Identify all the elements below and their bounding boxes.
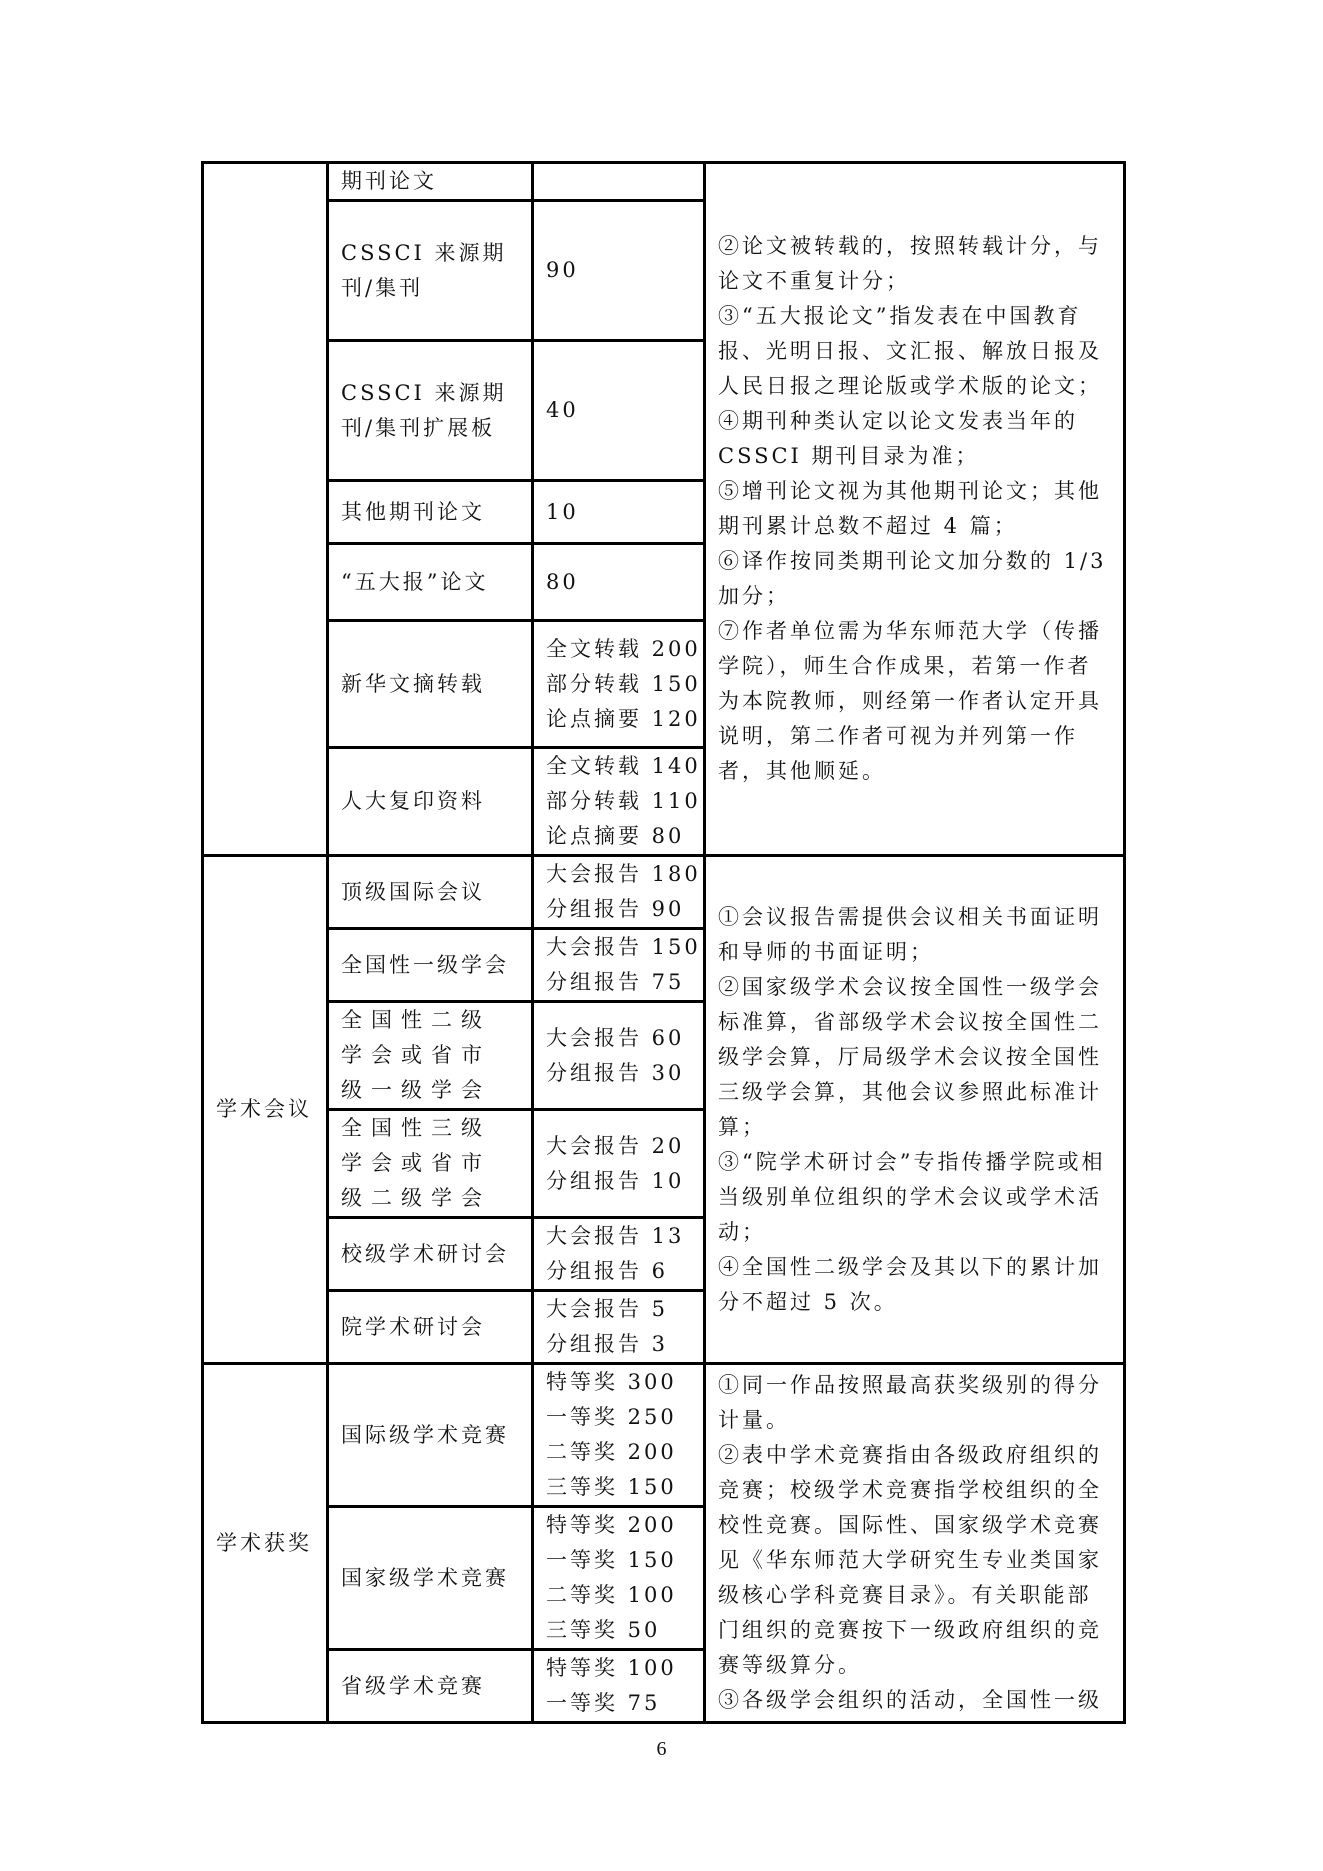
scoring-table: 期刊论文 ②论文被转载的，按照转载计分，与论文不重复计分； ③“五大报论文”指发… xyxy=(201,161,1126,1724)
score-cell: 大会报告 60 分组报告 30 xyxy=(533,1002,705,1110)
score-line: 部分转载 110 xyxy=(546,784,691,819)
score-line: 分组报告 10 xyxy=(546,1164,691,1199)
item-cell: 新华文摘转载 xyxy=(328,621,533,748)
item-cell: “五大报”论文 xyxy=(328,544,533,621)
score-cell: 特等奖 200 一等奖 150 二等奖 100 三等奖 50 xyxy=(533,1507,705,1650)
note: ③“五大报论文”指发表在中国教育报、光明日报、文汇报、解放日报及人民日报之理论版… xyxy=(718,299,1111,404)
table-row: 学术会议 顶级国际会议 大会报告 180 分组报告 90 ①会议报告需提供会议相… xyxy=(203,856,1125,929)
score-cell: 特等奖 100 一等奖 75 xyxy=(533,1650,705,1723)
item-cell: 全国性二级学会或省市级一级学会 xyxy=(328,1002,533,1110)
note: ④全国性二级学会及其以下的累计加分不超过 5 次。 xyxy=(718,1250,1111,1320)
category-cell: 学术获奖 xyxy=(203,1364,328,1723)
score-cell: 大会报告 180 分组报告 90 xyxy=(533,856,705,929)
score-cell: 90 xyxy=(533,201,705,341)
item-cell: 校级学术研讨会 xyxy=(328,1218,533,1291)
score-line: 全文转载 200 xyxy=(546,632,691,667)
page-number: 6 xyxy=(0,1738,1323,1761)
score-cell: 特等奖 300 一等奖 250 二等奖 200 三等奖 150 xyxy=(533,1364,705,1507)
note: ②论文被转载的，按照转载计分，与论文不重复计分； xyxy=(718,229,1111,299)
notes-cell: ②论文被转载的，按照转载计分，与论文不重复计分； ③“五大报论文”指发表在中国教… xyxy=(705,163,1125,856)
item-cell: 其他期刊论文 xyxy=(328,481,533,544)
score-line: 分组报告 75 xyxy=(546,965,691,1000)
category-cell xyxy=(203,163,328,856)
score-line: 大会报告 13 xyxy=(546,1219,691,1254)
score-cell: 全文转载 140 部分转载 110 论点摘要 80 xyxy=(533,748,705,856)
score-line: 一等奖 250 xyxy=(546,1400,691,1435)
score-cell xyxy=(533,163,705,201)
table-row: 学术获奖 国际级学术竞赛 特等奖 300 一等奖 250 二等奖 200 三等奖… xyxy=(203,1364,1125,1507)
score-cell: 40 xyxy=(533,341,705,481)
item-cell: 人大复印资料 xyxy=(328,748,533,856)
document-page: 期刊论文 ②论文被转载的，按照转载计分，与论文不重复计分； ③“五大报论文”指发… xyxy=(0,0,1323,1871)
score-line: 一等奖 150 xyxy=(546,1543,691,1578)
score-line: 分组报告 3 xyxy=(546,1327,691,1362)
score-cell: 大会报告 150 分组报告 75 xyxy=(533,929,705,1002)
item-cell: CSSCI 来源期刊/集刊扩展板 xyxy=(328,341,533,481)
item-cell: 全国性三级学会或省市级二级学会 xyxy=(328,1110,533,1218)
category-cell: 学术会议 xyxy=(203,856,328,1364)
item-cell: 顶级国际会议 xyxy=(328,856,533,929)
item-cell: 国家级学术竞赛 xyxy=(328,1507,533,1650)
score-line: 特等奖 100 xyxy=(546,1651,691,1686)
notes-cell: ①同一作品按照最高获奖级别的得分计量。 ②表中学术竞赛指由各级政府组织的竞赛；校… xyxy=(705,1364,1125,1723)
note: ①同一作品按照最高获奖级别的得分计量。 xyxy=(718,1368,1111,1438)
notes-cell: ①会议报告需提供会议相关书面证明和导师的书面证明； ②国家级学术会议按全国性一级… xyxy=(705,856,1125,1364)
score-cell: 10 xyxy=(533,481,705,544)
score-line: 大会报告 5 xyxy=(546,1292,691,1327)
item-cell: 省级学术竞赛 xyxy=(328,1650,533,1723)
score-cell: 全文转载 200 部分转载 150 论点摘要 120 xyxy=(533,621,705,748)
note: ②表中学术竞赛指由各级政府组织的竞赛；校级学术竞赛指学校组织的全校性竞赛。国际性… xyxy=(718,1438,1111,1683)
item-cell: 院学术研讨会 xyxy=(328,1291,533,1364)
score-line: 论点摘要 80 xyxy=(546,819,691,854)
score-line: 论点摘要 120 xyxy=(546,702,691,737)
score-cell: 大会报告 20 分组报告 10 xyxy=(533,1110,705,1218)
note: ①会议报告需提供会议相关书面证明和导师的书面证明； xyxy=(718,900,1111,970)
note: ④期刊种类认定以论文发表当年的CSSCI 期刊目录为准； xyxy=(718,404,1111,474)
score-line: 分组报告 30 xyxy=(546,1056,691,1091)
note: ⑦作者单位需为华东师范大学（传播学院），师生合作成果，若第一作者为本院教师，则经… xyxy=(718,614,1111,789)
score-line: 部分转载 150 xyxy=(546,667,691,702)
table-row: 期刊论文 ②论文被转载的，按照转载计分，与论文不重复计分； ③“五大报论文”指发… xyxy=(203,163,1125,201)
score-line: 大会报告 150 xyxy=(546,930,691,965)
item-cell: CSSCI 来源期刊/集刊 xyxy=(328,201,533,341)
note: ③各级学会组织的活动，全国性一级 xyxy=(718,1683,1111,1718)
note: ⑥译作按同类期刊论文加分数的 1/3加分； xyxy=(718,544,1111,614)
score-line: 二等奖 200 xyxy=(546,1435,691,1470)
score-cell: 大会报告 5 分组报告 3 xyxy=(533,1291,705,1364)
score-line: 大会报告 60 xyxy=(546,1021,691,1056)
score-line: 大会报告 20 xyxy=(546,1129,691,1164)
score-line: 一等奖 75 xyxy=(546,1686,691,1721)
item-cell: 期刊论文 xyxy=(328,163,533,201)
score-cell: 大会报告 13 分组报告 6 xyxy=(533,1218,705,1291)
item-cell: 全国性一级学会 xyxy=(328,929,533,1002)
score-line: 三等奖 150 xyxy=(546,1470,691,1505)
score-line: 全文转载 140 xyxy=(546,749,691,784)
score-line: 特等奖 300 xyxy=(546,1365,691,1400)
score-line: 特等奖 200 xyxy=(546,1508,691,1543)
score-cell: 80 xyxy=(533,544,705,621)
note: ⑤增刊论文视为其他期刊论文；其他期刊累计总数不超过 4 篇； xyxy=(718,474,1111,544)
item-cell: 国际级学术竞赛 xyxy=(328,1364,533,1507)
note: ②国家级学术会议按全国性一级学会标准算，省部级学术会议按全国性二级学会算，厅局级… xyxy=(718,970,1111,1145)
score-line: 分组报告 6 xyxy=(546,1254,691,1289)
score-line: 二等奖 100 xyxy=(546,1578,691,1613)
score-line: 分组报告 90 xyxy=(546,892,691,927)
score-line: 三等奖 50 xyxy=(546,1613,691,1648)
note: ③“院学术研讨会”专指传播学院或相当级别单位组织的学术会议或学术活动； xyxy=(718,1145,1111,1250)
score-line: 大会报告 180 xyxy=(546,857,691,892)
